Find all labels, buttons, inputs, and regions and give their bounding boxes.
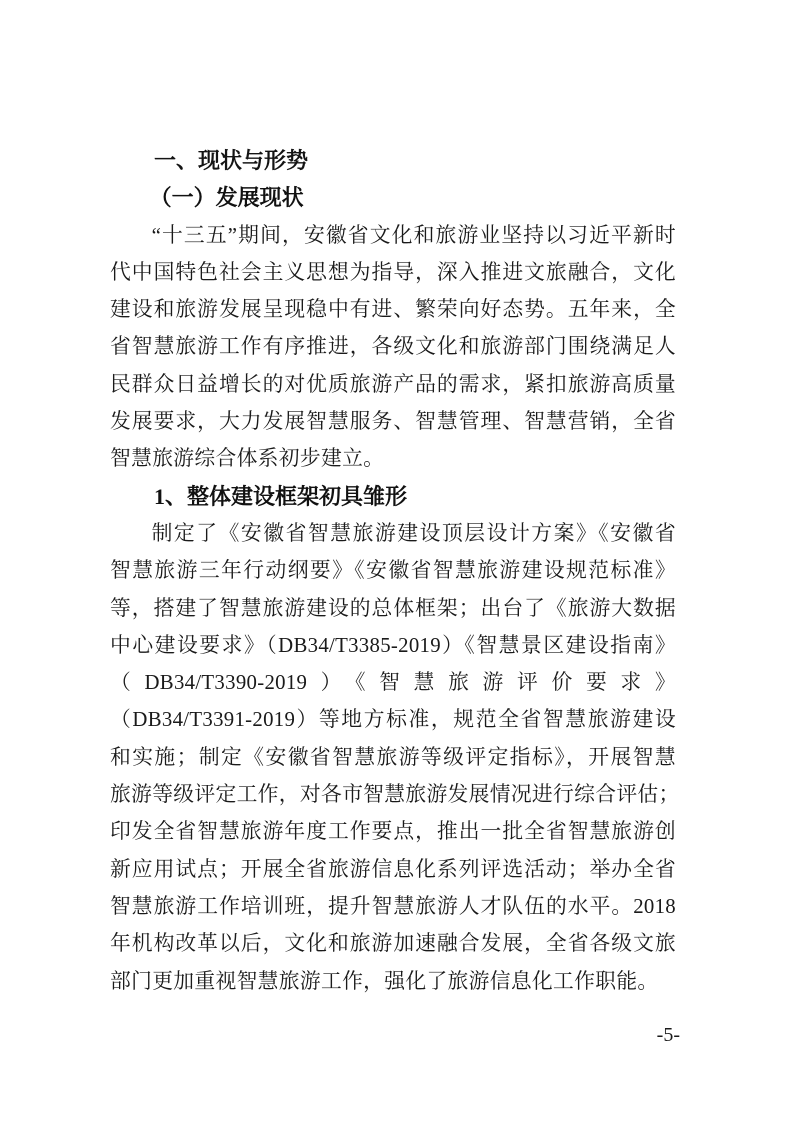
- paragraph-line: “十三五”期间，安徽省文化和旅游业坚持以习近平新时: [110, 217, 676, 254]
- document-page: 一、现状与形势 （一）发展现状 “十三五”期间，安徽省文化和旅游业坚持以习近平新…: [0, 0, 793, 1122]
- paragraph-line: 智慧旅游综合体系初步建立。: [110, 440, 676, 477]
- document-body: 一、现状与形势 （一）发展现状 “十三五”期间，安徽省文化和旅游业坚持以习近平新…: [110, 142, 676, 1000]
- paragraph-line: 中心建设要求》（DB34/T3385-2019）《智慧景区建设指南》: [110, 627, 676, 664]
- section-heading: 一、现状与形势: [110, 142, 676, 179]
- paragraph-line: 民群众日益增长的对优质旅游产品的需求，紧扣旅游高质量: [110, 366, 676, 403]
- paragraph-line: （DB34/T3390-2019）《智慧旅游评价要求》: [110, 664, 676, 701]
- paragraph-line: 印发全省智慧旅游年度工作要点，推出一批全省智慧旅游创: [110, 813, 676, 850]
- page-number: -5-: [657, 1022, 680, 1048]
- paragraph-line: 代中国特色社会主义思想为指导，深入推进文旅融合，文化: [110, 254, 676, 291]
- paragraph-line: 旅游等级评定工作，对各市智慧旅游发展情况进行综合评估；: [110, 776, 676, 813]
- paragraph-line: 新应用试点；开展全省旅游信息化系列评选活动；举办全省: [110, 851, 676, 888]
- numbered-heading: 1、整体建设框架初具雏形: [110, 478, 676, 515]
- subsection-heading: （一）发展现状: [110, 179, 676, 216]
- paragraph-line: 制定了《安徽省智慧旅游建设顶层设计方案》《安徽省: [110, 515, 676, 552]
- paragraph-line: 发展要求，大力发展智慧服务、智慧管理、智慧营销，全省: [110, 403, 676, 440]
- paragraph-line: 年机构改革以后，文化和旅游加速融合发展，全省各级文旅: [110, 925, 676, 962]
- paragraph-line: 部门更加重视智慧旅游工作，强化了旅游信息化工作职能。: [110, 963, 676, 1000]
- paragraph-line: 省智慧旅游工作有序推进，各级文化和旅游部门围绕满足人: [110, 328, 676, 365]
- paragraph-line: 建设和旅游发展呈现稳中有进、繁荣向好态势。五年来，全: [110, 291, 676, 328]
- paragraph-line: 等，搭建了智慧旅游建设的总体框架；出台了《旅游大数据: [110, 590, 676, 627]
- paragraph-line: 智慧旅游工作培训班，提升智慧旅游人才队伍的水平。2018: [110, 888, 676, 925]
- paragraph-line: （DB34/T3391-2019）等地方标准，规范全省智慧旅游建设: [110, 701, 676, 738]
- paragraph-line: 和实施；制定《安徽省智慧旅游等级评定指标》，开展智慧: [110, 739, 676, 776]
- paragraph-line: 智慧旅游三年行动纲要》《安徽省智慧旅游建设规范标准》: [110, 552, 676, 589]
